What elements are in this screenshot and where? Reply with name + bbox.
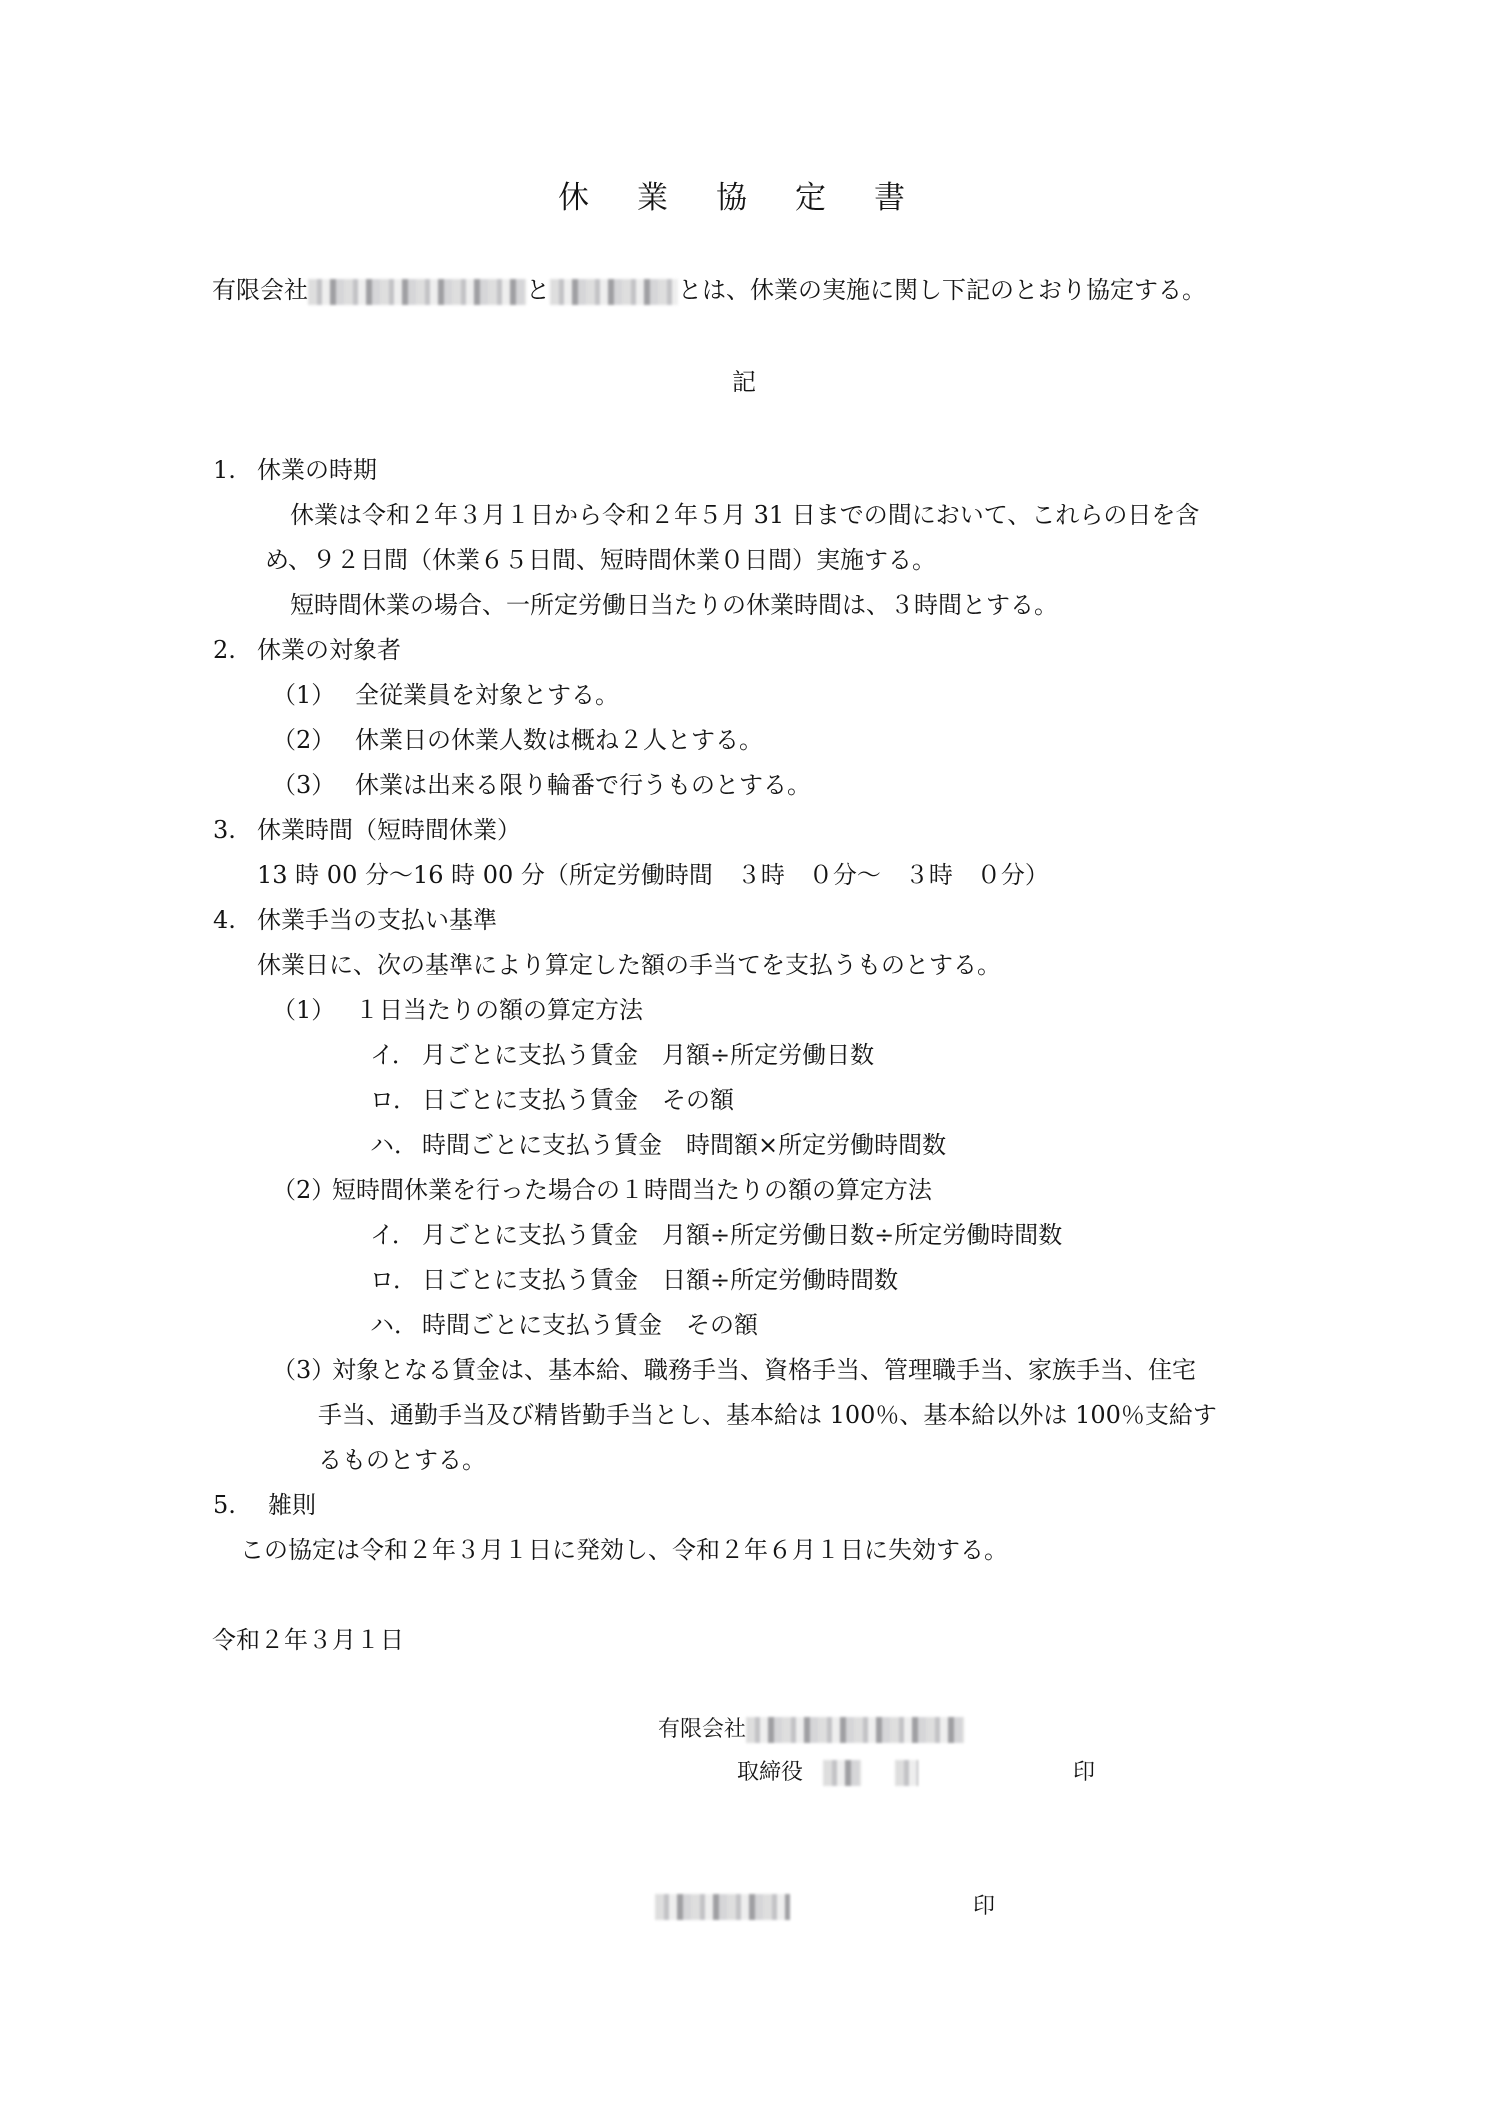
section-2-number: 2. bbox=[213, 635, 236, 665]
subsection-label: （3） bbox=[272, 1355, 335, 1385]
section-5-heading: 雑則 bbox=[268, 1490, 316, 1520]
signature-director-title: 取締役 bbox=[737, 1758, 803, 1788]
subitem-label: ハ． bbox=[370, 1130, 418, 1160]
ki-heading: 記 bbox=[732, 367, 756, 397]
subitem-text: 日ごとに支払う賃金 その額 bbox=[422, 1085, 734, 1115]
signature-company: 有限会社 bbox=[658, 1715, 964, 1745]
subsection-label: （1） bbox=[272, 995, 335, 1025]
section-3-line: 13 時 00 分～16 時 00 分（所定労働時間 ３時 ０分～ ３時 ０分） bbox=[257, 860, 1049, 890]
section-1-heading: 休業の時期 bbox=[257, 455, 377, 485]
subsection-line: 対象となる賃金は、基本給、職務手当、資格手当、管理職手当、家族手当、住宅 bbox=[332, 1355, 1196, 1385]
section-4-line: 休業日に、次の基準により算定した額の手当てを支払うものとする。 bbox=[257, 950, 1001, 980]
intro-suffix: とは、休業の実施に関し下記のとおり協定する。 bbox=[678, 276, 1206, 304]
intro-connector: と bbox=[526, 276, 550, 304]
agreement-date: 令和２年３月１日 bbox=[212, 1625, 404, 1655]
subitem-label: ロ． bbox=[370, 1265, 417, 1295]
redacted-director-surname bbox=[823, 1760, 861, 1786]
section-3-number: 3. bbox=[213, 815, 236, 845]
section-2-item-label: （1） bbox=[272, 680, 335, 710]
section-2-item-label: （2） bbox=[272, 725, 335, 755]
redacted-company-name bbox=[308, 279, 526, 305]
subsection-label: （2） bbox=[272, 1175, 335, 1205]
signature-company-prefix: 有限会社 bbox=[658, 1717, 746, 1742]
section-2-item-label: （3） bbox=[272, 770, 335, 800]
redacted-company-name bbox=[746, 1717, 964, 1743]
subitem-label: ハ． bbox=[370, 1310, 418, 1340]
section-5-number: 5. bbox=[213, 1490, 236, 1520]
document-title: 休業協定書 bbox=[558, 178, 953, 218]
redacted-employee-representative bbox=[655, 1894, 790, 1920]
subsection-line: 手当、通勤手当及び精皆勤手当とし、基本給は 100％、基本給以外は 100％支給… bbox=[318, 1400, 1217, 1430]
intro-prefix: 有限会社 bbox=[212, 276, 308, 304]
section-2-item-text: 全従業員を対象とする。 bbox=[355, 680, 619, 710]
seal-mark: 印 bbox=[973, 1892, 995, 1922]
subitem-text: 月ごとに支払う賃金 月額÷所定労働日数 bbox=[422, 1040, 874, 1070]
section-4-heading: 休業手当の支払い基準 bbox=[257, 905, 497, 935]
section-3-heading: 休業時間（短時間休業） bbox=[257, 815, 521, 845]
section-2-item-text: 休業は出来る限り輪番で行うものとする。 bbox=[355, 770, 811, 800]
subitem-label: イ． bbox=[370, 1040, 416, 1070]
intro-line: 有限会社ととは、休業の実施に関し下記のとおり協定する。 bbox=[212, 275, 1206, 305]
subsection-text: １日当たりの額の算定方法 bbox=[355, 995, 643, 1025]
redacted-director-given-name bbox=[895, 1760, 918, 1786]
section-2-heading: 休業の対象者 bbox=[257, 635, 401, 665]
subitem-text: 日ごとに支払う賃金 日額÷所定労働時間数 bbox=[422, 1265, 898, 1295]
subitem-text: 月ごとに支払う賃金 月額÷所定労働日数÷所定労働時間数 bbox=[422, 1220, 1062, 1250]
redacted-representative-name bbox=[550, 279, 678, 305]
section-1-line: 短時間休業の場合、一所定労働日当たりの休業時間は、３時間とする。 bbox=[290, 590, 1058, 620]
section-1-line: 休業は令和２年３月１日から令和２年５月 31 日までの間において、これらの日を含 bbox=[290, 500, 1199, 530]
section-1-line: め、９２日間（休業６５日間、短時間休業０日間）実施する。 bbox=[265, 545, 936, 575]
subitem-text: 時間ごとに支払う賃金 その額 bbox=[422, 1310, 758, 1340]
subsection-text: 短時間休業を行った場合の１時間当たりの額の算定方法 bbox=[332, 1175, 932, 1205]
subitem-label: ロ． bbox=[370, 1085, 417, 1115]
subitem-label: イ． bbox=[370, 1220, 416, 1250]
section-4-number: 4. bbox=[213, 905, 236, 935]
subitem-text: 時間ごとに支払う賃金 時間額×所定労働時間数 bbox=[422, 1130, 946, 1160]
seal-mark: 印 bbox=[1073, 1758, 1095, 1788]
section-2-item-text: 休業日の休業人数は概ね２人とする。 bbox=[355, 725, 763, 755]
subsection-line: るものとする。 bbox=[318, 1445, 486, 1475]
section-1-number: 1. bbox=[213, 455, 236, 485]
section-5-line: この協定は令和２年３月１日に発効し、令和２年６月１日に失効する。 bbox=[240, 1535, 1008, 1565]
